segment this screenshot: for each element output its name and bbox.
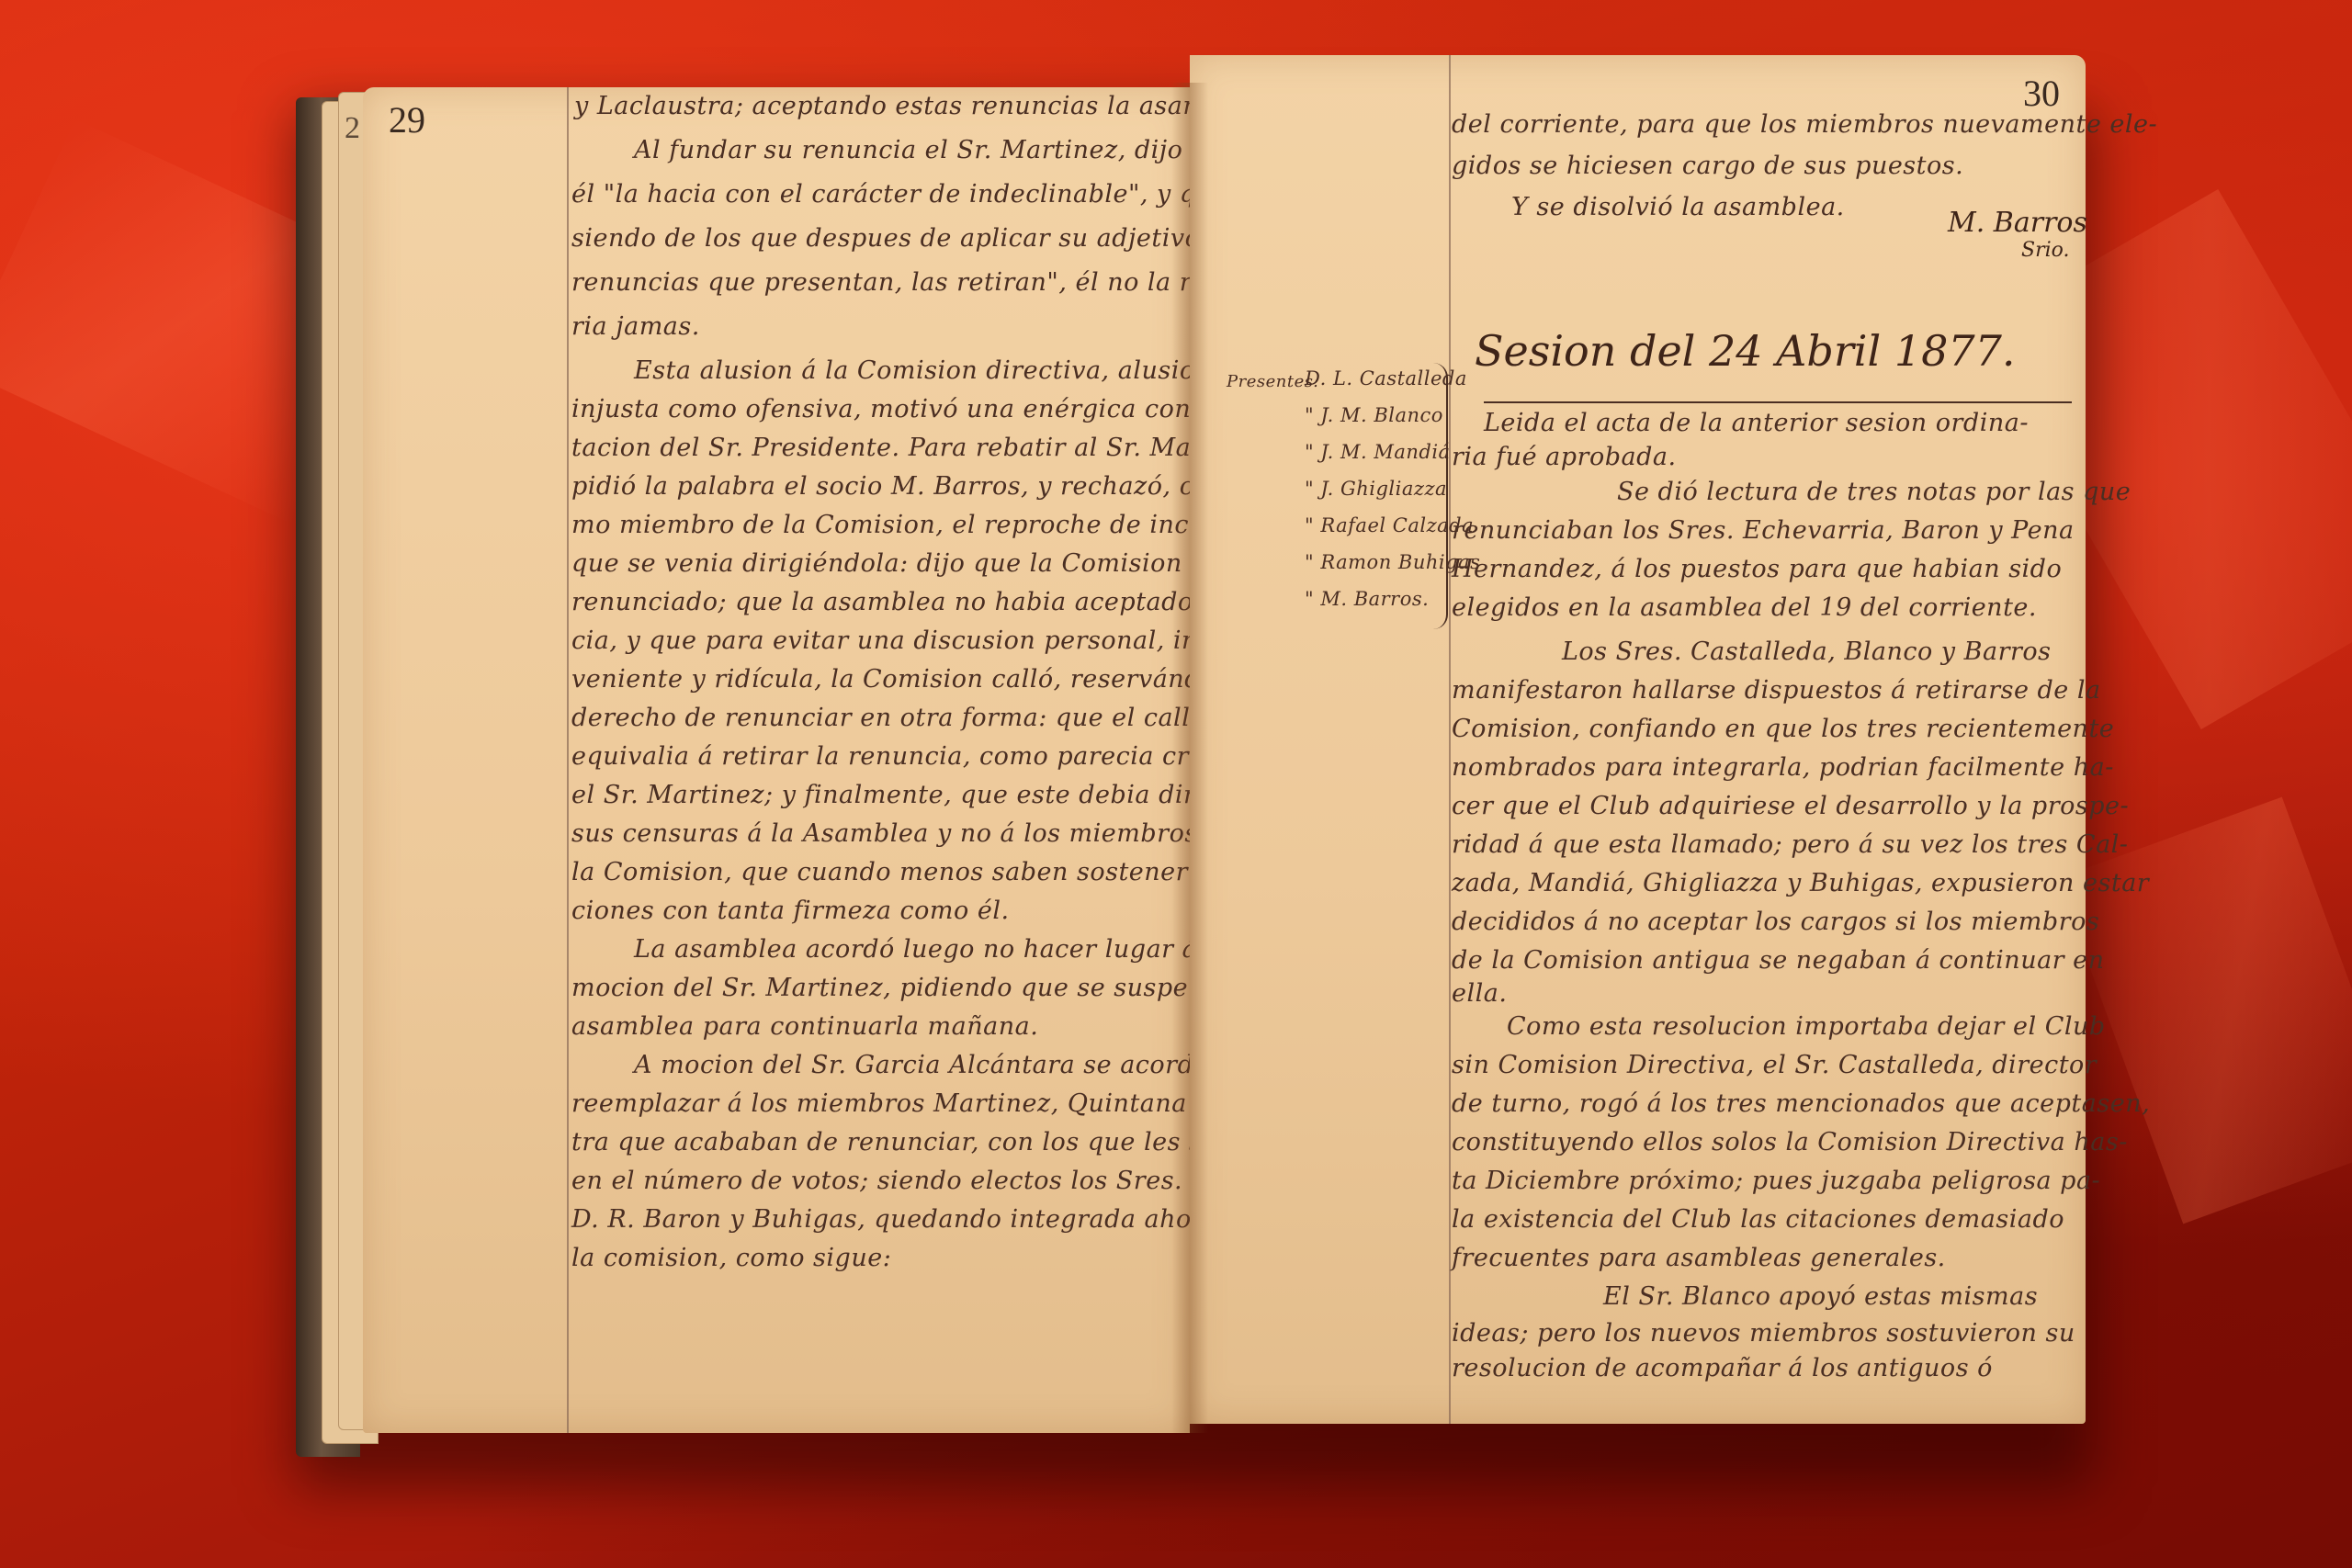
margin-rule (567, 87, 569, 1433)
text-line: equivalia á retirar la renuncia, como pa… (571, 742, 1255, 771)
text-line: y Laclaustra; aceptando estas renuncias … (574, 92, 1271, 120)
text-line: A mocion del Sr. Garcia Alcántara se aco… (634, 1051, 1209, 1079)
text-line: elegidos en la asamblea del 19 del corri… (1452, 593, 2037, 622)
present-bracket (1433, 363, 1448, 629)
text-line: constituyendo ellos solos la Comision Di… (1452, 1128, 2128, 1156)
text-line: tacion del Sr. Presidente. Para rebatir … (571, 434, 1267, 462)
text-line: derecho de renunciar en otra forma: que … (571, 704, 1258, 732)
text-line: ideas; pero los nuevos miembros sostuvie… (1452, 1319, 2075, 1348)
text-line: zada, Mandiá, Ghigliazza y Buhigas, expu… (1452, 869, 2149, 897)
present-member: " J. M. Blanco (1305, 404, 1443, 426)
text-line: la existencia del Club las citaciones de… (1452, 1205, 2064, 1234)
text-line: frecuentes para asambleas generales. (1452, 1244, 1946, 1272)
text-line: Al fundar su renuncia el Sr. Martinez, d… (634, 136, 1239, 164)
text-line: la comision, como sigue: (571, 1244, 891, 1272)
text-line: renuncias que presentan, las retiran", é… (571, 268, 1262, 297)
text-line: el Sr. Martinez; y finalmente, que este … (571, 781, 1241, 809)
text-line: manifestaron hallarse dispuestos á retir… (1452, 676, 2101, 705)
text-line: Leida el acta de la anterior sesion ordi… (1484, 409, 2029, 437)
text-line: gidos se hiciesen cargo de sus puestos. (1452, 152, 1963, 180)
text-line: Se dió lectura de tres notas por las que (1617, 478, 2131, 506)
present-member: " J. M. Mandiá (1305, 441, 1451, 463)
text-line: cer que el Club adquiriese el desarrollo… (1452, 792, 2129, 820)
text-line: Hernandez, á los puestos para que habian… (1452, 555, 2062, 583)
page-number: 29 (389, 98, 425, 141)
text-line: él "la hacia con el carácter de indeclin… (571, 180, 1268, 209)
text-line: sus censuras á la Asamblea y no á los mi… (571, 819, 1238, 848)
secretary-signature: M. Barros Srio. (1948, 207, 2087, 262)
book-gutter (1171, 83, 1208, 1433)
session-heading: Sesion del 24 Abril 1877. (1475, 326, 2016, 376)
text-line: asamblea para continuarla mañana. (571, 1012, 1038, 1041)
text-line: renunciaban los Sres. Echevarria, Baron … (1452, 516, 2075, 545)
text-line: sin Comision Directiva, el Sr. Castalled… (1452, 1051, 2097, 1079)
text-line: ella. (1452, 979, 1507, 1008)
text-line: ridad á que esta llamado; pero á su vez … (1452, 830, 2128, 859)
present-member: " Rafael Calzada (1305, 514, 1474, 536)
satin-fold (2057, 797, 2352, 1224)
text-line: injusta como ofensiva, motivó una enérgi… (571, 395, 1238, 423)
text-line: Como esta resolucion importaba dejar el … (1507, 1012, 2106, 1041)
text-line: ciones con tanta firmeza como él. (571, 897, 1010, 925)
text-line: cia, y que para evitar una discusion per… (571, 626, 1253, 655)
text-line: Y se disolvió la asamblea. (1511, 193, 1845, 221)
text-line: El Sr. Blanco apoyó estas mismas (1603, 1282, 2038, 1311)
text-line: pidió la palabra el socio M. Barros, y r… (571, 472, 1218, 501)
text-line: de turno, rogó á los tres mencionados qu… (1452, 1089, 2150, 1118)
text-line: nombrados para integrarla, podrian facil… (1452, 753, 2114, 782)
page-number: 30 (2023, 72, 2060, 115)
text-line: de la Comision antigua se negaban á cont… (1452, 946, 2105, 975)
text-line: D. R. Baron y Buhigas, quedando integrad… (571, 1205, 1219, 1234)
underlying-page-number: 2 (345, 111, 360, 146)
text-line: ria jamas. (571, 312, 700, 341)
text-line: Esta alusion á la Comision directiva, al… (634, 356, 1261, 385)
text-line: resolucion de acompañar á los antiguos ó (1452, 1354, 1993, 1382)
heading-underline (1484, 401, 2072, 403)
signature-name: M. Barros (1948, 207, 2087, 239)
text-line: que se venia dirigiéndola: dijo que la C… (571, 549, 1262, 578)
text-line: decididos á no aceptar los cargos si los… (1452, 908, 2099, 936)
text-line: Los Sres. Castalleda, Blanco y Barros (1562, 637, 2052, 666)
signature-title: Srio. (2021, 239, 2087, 262)
margin-rule (1449, 55, 1451, 1424)
text-line: ta Diciembre próximo; pues juzgaba pelig… (1452, 1167, 2100, 1195)
text-line: del corriente, para que los miembros nue… (1452, 110, 2157, 139)
present-member: " J. Ghigliazza (1305, 478, 1447, 500)
text-line: ria fué aprobada. (1452, 443, 1677, 471)
present-member: " M. Barros. (1305, 588, 1429, 610)
text-line: Comision, confiando en que los tres reci… (1452, 715, 2114, 743)
text-line: La asamblea acordó luego no hacer lugar … (634, 935, 1254, 964)
text-line: siendo de los que despues de aplicar su … (571, 224, 1269, 253)
